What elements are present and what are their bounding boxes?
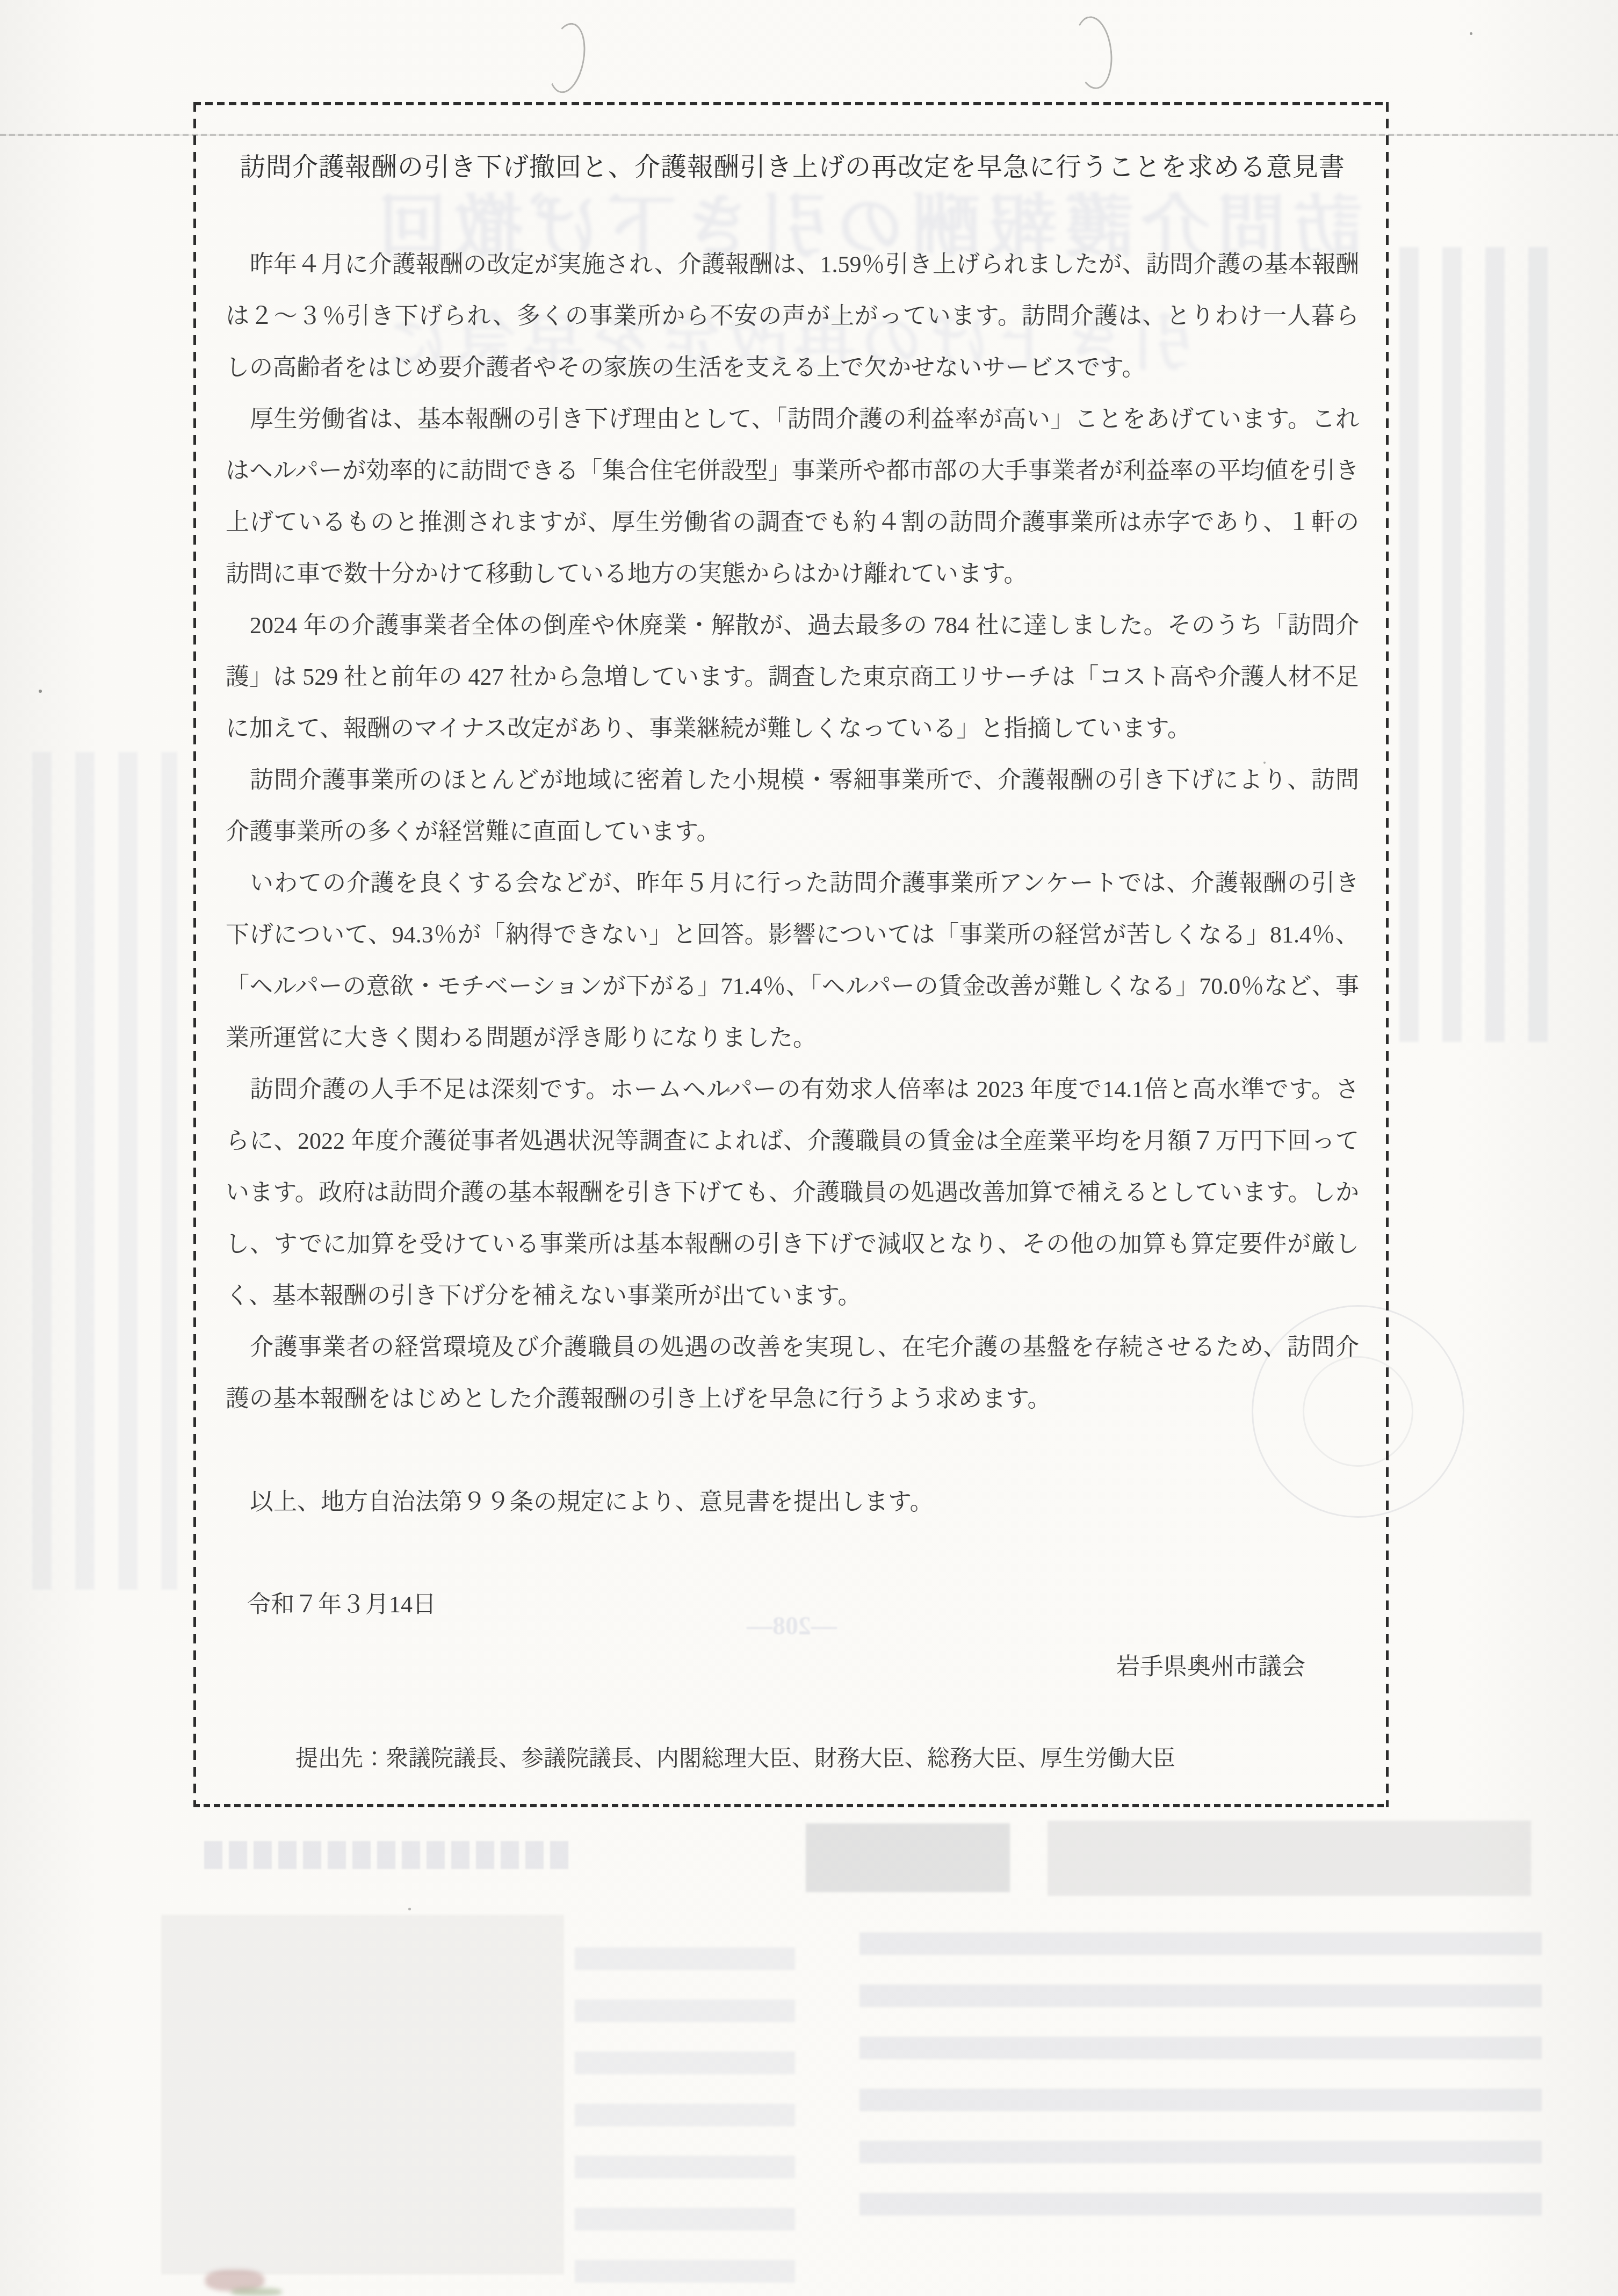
scan-speck: [1470, 32, 1472, 35]
punch-hole-mark-left: [543, 20, 590, 96]
bleedthrough-photo-large: [161, 1915, 564, 2275]
document-body: 昨年４月に介護報酬の改定が実施され、介護報酬は、1.59％引き上げられましたが、…: [226, 239, 1359, 1425]
scan-speck: [408, 1908, 411, 1910]
bleedthrough-caption-line: [204, 1841, 575, 1869]
bleedthrough-vertical-text-rows: [575, 1933, 795, 2283]
paragraph-1: 昨年４月に介護報酬の改定が実施され、介護報酬は、1.59％引き上げられましたが、…: [226, 239, 1359, 394]
bleedthrough-paragraph-lines: [859, 1909, 1542, 2215]
paragraph-4: 訪問介護事業所のほとんどが地域に密着した小規模・零細事業所で、介護報酬の引き下げ…: [226, 755, 1359, 858]
bleedthrough-photo-small: [806, 1823, 1010, 1892]
document-title: 訪問介護報酬の引き下げ撤回と、介護報酬引き上げの再改定を早急に行うことを求める意…: [226, 149, 1359, 185]
bleedthrough-right-margin-columns: [1399, 247, 1561, 1042]
paragraph-7: 介護事業者の経営環境及び介護職員の処遇の改善を実現し、在宅介護の基盤を存続させる…: [226, 1322, 1359, 1425]
bleedthrough-photo-wide: [1048, 1821, 1531, 1896]
punch-hole-mark-right: [1071, 15, 1116, 91]
scan-speck: [39, 690, 42, 693]
opinion-letter-content: 訪問介護報酬の引き下げ撤回と、介護報酬引き上げの再改定を早急に行うことを求める意…: [193, 102, 1389, 1807]
issuing-body-signature: 岩手県奥州市議会: [226, 1641, 1359, 1693]
bleedthrough-left-margin-columns: [32, 752, 177, 1590]
document-date: 令和７年３月14日: [247, 1579, 1359, 1631]
paragraph-6: 訪問介護の人手不足は深刻です。ホームヘルパーの有効求人倍率は 2023 年度で1…: [226, 1064, 1359, 1322]
paragraph-3: 2024 年の介護事業者全体の倒産や休廃業・解散が、過去最多の 784 社に達し…: [226, 600, 1359, 755]
bleedthrough-green-strip: [231, 2288, 282, 2296]
closing-statement: 以上、地方自治法第９９条の規定により、意見書を提出します。: [226, 1476, 1359, 1528]
recipients-line: 提出先：衆議院議長、参議院議長、内閣総理大臣、財務大臣、総務大臣、厚生労働大臣: [295, 1733, 1359, 1785]
paragraph-2: 厚生労働省は、基本報酬の引き下げ理由として、「訪問介護の利益率が高い」ことをあげ…: [226, 394, 1359, 600]
paragraph-5: いわての介護を良くする会などが、昨年５月に行った訪問介護事業所アンケートでは、介…: [226, 858, 1359, 1064]
opinion-letter-frame: 訪問介護報酬の引き下げ撤回と、介護報酬引き上げの再改定を早急に行うことを求める意…: [193, 102, 1389, 1807]
scanned-opinion-letter-page: 訪問介護報酬の引き下げ撤回 引き上げの再改定を早急に ―208― 訪問介護報酬の…: [0, 0, 1618, 2296]
